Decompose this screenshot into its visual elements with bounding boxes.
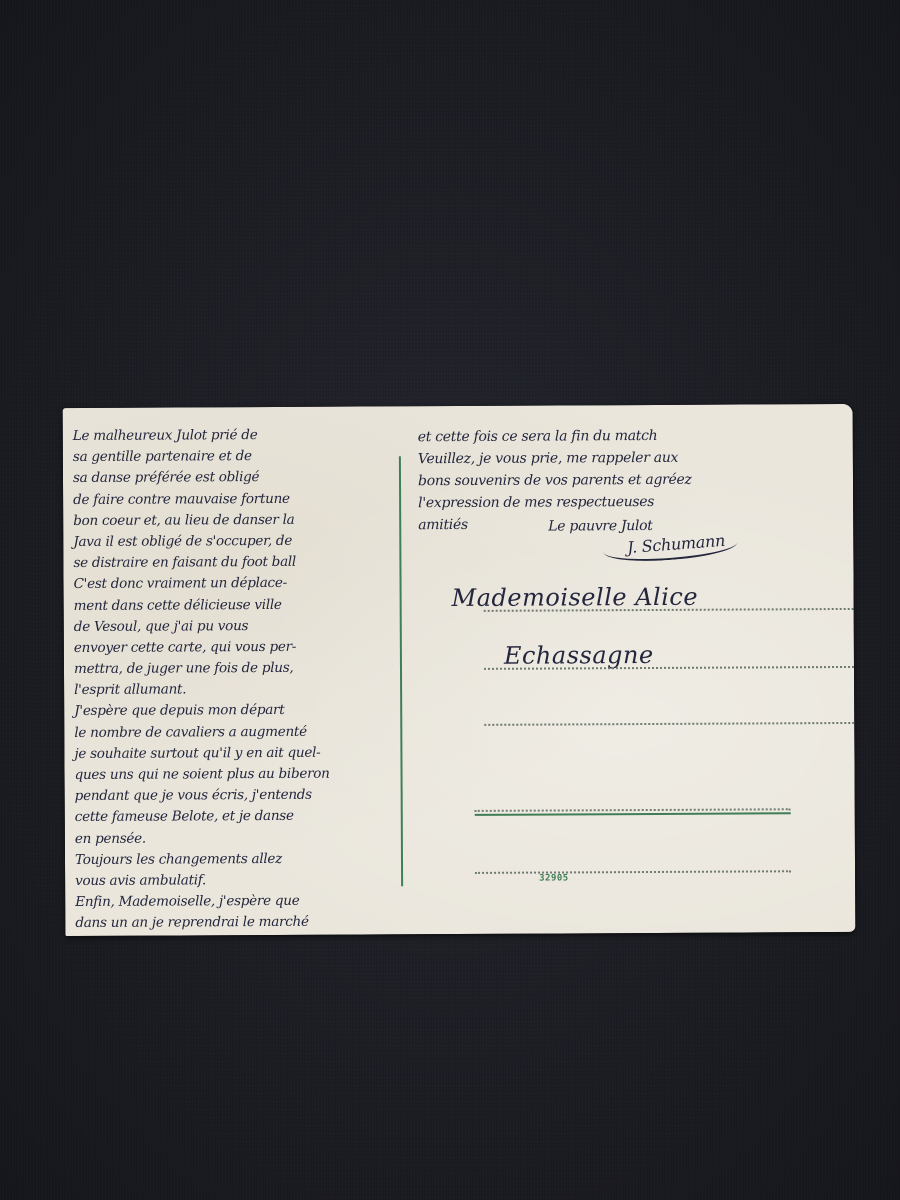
message-line: le nombre de cavaliers a augmenté (74, 721, 329, 744)
address-line-5 (475, 870, 791, 874)
message-line: vous avis ambulatif. (75, 870, 330, 893)
message-line: Enfin, Mademoiselle, j'espère que (75, 891, 330, 914)
signoff: Le pauvre Julot (548, 518, 652, 535)
message-line: ment dans cette délicieuse ville (74, 594, 329, 617)
address-town: Echassagne (504, 641, 654, 670)
message-line: envoyer cette carte, qui vous per- (74, 637, 329, 660)
message-line: cette fameuse Belote, et je danse (75, 806, 330, 829)
message-line: de faire contre mauvaise fortune (73, 488, 328, 511)
message-line: ques uns qui ne soient plus au biberon (74, 764, 329, 787)
left-handwritten-message: Le malheureux Julot prié de sa gentille … (73, 425, 331, 935)
message-line: mettra, de juger une fois de plus, (74, 658, 329, 681)
message-line: Toujours les changements allez (75, 848, 330, 871)
message-line: et cette fois ce sera la fin du match (418, 425, 692, 448)
message-line: en pensée. (75, 827, 330, 850)
message-line: Java il est obligé de s'occuper, de (73, 531, 328, 554)
message-line: C'est donc vraiment un déplace- (73, 573, 328, 596)
postcard: Le malheureux Julot prié de sa gentille … (63, 404, 856, 936)
message-line: l'esprit allumant. (74, 679, 329, 702)
printed-card-number: 32905 (539, 873, 569, 883)
message-line: je souhaite surtout qu'il y en ait quel- (74, 742, 329, 765)
signature: J. Schumann (603, 530, 738, 565)
message-line: l'expression de mes respectueuses (418, 491, 692, 514)
message-line: pendant que je vous écris, j'entends (75, 785, 330, 808)
message-line: de Vesoul, que j'ai pu vous (74, 615, 329, 638)
address-line-3 (484, 722, 854, 726)
message-line: bons souvenirs de vos parents et agréez (418, 469, 692, 492)
message-line: Veuillez, je vous prie, me rappeler aux (418, 447, 692, 470)
message-line: se distraire en faisant du foot ball (73, 552, 328, 575)
message-line: sa gentille partenaire et de (73, 446, 328, 469)
message-line: dans un an je reprendrai le marché (75, 912, 330, 935)
center-divider-line (399, 456, 403, 886)
address-line-4 (475, 808, 791, 812)
address-recipient: Mademoiselle Alice (452, 583, 699, 612)
message-line: sa danse préférée est obligé (73, 467, 328, 490)
message-line: Le malheureux Julot prié de (73, 425, 328, 448)
message-line: bon coeur et, au lieu de danser la (73, 509, 328, 532)
message-line: J'espère que depuis mon départ (74, 700, 329, 723)
